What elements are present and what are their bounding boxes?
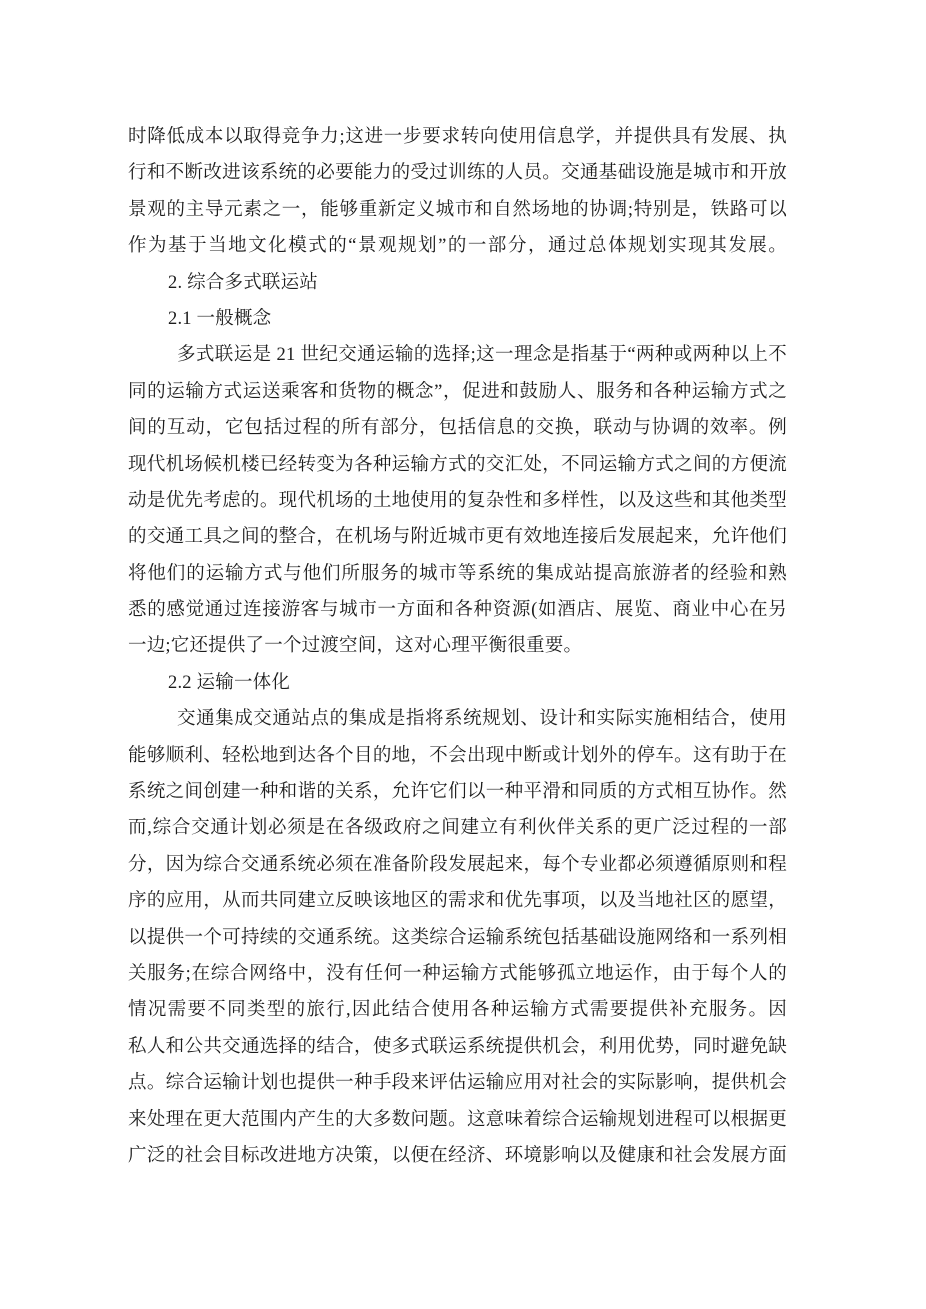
section-heading: 2. 综合多式联运站 (128, 265, 787, 301)
text-line: 动是优先考虑的。现代机场的土地使用的复杂性和多样性，以及这些和其他类型 (128, 483, 787, 519)
text-line: 而,综合交通计划必须是在各级政府之间建立有利伙伴关系的更广泛过程的一部 (128, 810, 787, 846)
text-line: 作为基于当地文化模式的“景观规划”的一部分，通过总体规划实现其发展。 (128, 228, 787, 264)
text-line: 同的运输方式运送乘客和货物的概念”，促进和鼓励人、服务和各种运输方式之 (128, 374, 787, 410)
document-text-body: 时降低成本以取得竞争力;这进一步要求转向使用信息学，并提供具有发展、执行和不断改… (128, 119, 787, 1174)
text-line: 现代机场候机楼已经转变为各种运输方式的交汇处，不同运输方式之间的方便流 (128, 447, 787, 483)
section-heading: 2.2 运输一体化 (128, 665, 787, 701)
text-line: 以提供一个可持续的交通系统。这类综合运输系统包括基础设施网络和一系列相 (128, 920, 787, 956)
document-page: 时降低成本以取得竞争力;这进一步要求转向使用信息学，并提供具有发展、执行和不断改… (0, 0, 926, 1309)
text-line: 悉的感觉通过连接游客与城市一方面和各种资源(如酒店、展览、商业中心在另 (128, 592, 787, 628)
text-line: 能够顺利、轻松地到达各个目的地，不会出现中断或计划外的停车。这有助于在 (128, 738, 787, 774)
text-line: 关服务;在综合网络中，没有任何一种运输方式能够孤立地运作，由于每个人的 (128, 956, 787, 992)
text-line: 交通集成交通站点的集成是指将系统规划、设计和实际实施相结合，使用户 (128, 701, 787, 737)
text-line: 一边;它还提供了一个过渡空间，这对心理平衡很重要。 (128, 628, 787, 664)
text-line: 序的应用，从而共同建立反映该地区的需求和优先事项，以及当地社区的愿望， (128, 883, 787, 919)
section-heading: 2.1 一般概念 (128, 301, 787, 337)
text-line: 时降低成本以取得竞争力;这进一步要求转向使用信息学，并提供具有发展、执 (128, 119, 787, 155)
text-line: 间的互动，它包括过程的所有部分，包括信息的交换，联动与协调的效率。例如， (128, 410, 787, 446)
text-line: 私人和公共交通选择的结合，使多式联运系统提供机会，利用优势，同时避免缺 (128, 1029, 787, 1065)
text-line: 来处理在更大范围内产生的大多数问题。这意味着综合运输规划进程可以根据更 (128, 1102, 787, 1138)
text-line: 点。综合运输计划也提供一种手段来评估运输应用对社会的实际影响，提供机会 (128, 1065, 787, 1101)
text-line: 情况需要不同类型的旅行,因此结合使用各种运输方式需要提供补充服务。因此， (128, 992, 787, 1028)
text-line: 景观的主导元素之一，能够重新定义城市和自然场地的协调;特别是，铁路可以 (128, 192, 787, 228)
text-line: 分，因为综合交通系统必须在准备阶段发展起来，每个专业都必须遵循原则和程 (128, 847, 787, 883)
text-line: 广泛的社会目标改进地方决策，以便在经济、环境影响以及健康和社会发展方面 (128, 1138, 787, 1174)
text-line: 多式联运是 21 世纪交通运输的选择;这一理念是指基于“两种或两种以上不 (128, 337, 787, 373)
text-line: 的交通工具之间的整合，在机场与附近城市更有效地连接后发展起来，允许他们 (128, 519, 787, 555)
text-line: 行和不断改进该系统的必要能力的受过训练的人员。交通基础设施是城市和开放 (128, 155, 787, 191)
text-line: 将他们的运输方式与他们所服务的城市等系统的集成站提高旅游者的经验和熟 (128, 556, 787, 592)
text-line: 系统之间创建一种和谐的关系，允许它们以一种平滑和同质的方式相互协作。然 (128, 774, 787, 810)
